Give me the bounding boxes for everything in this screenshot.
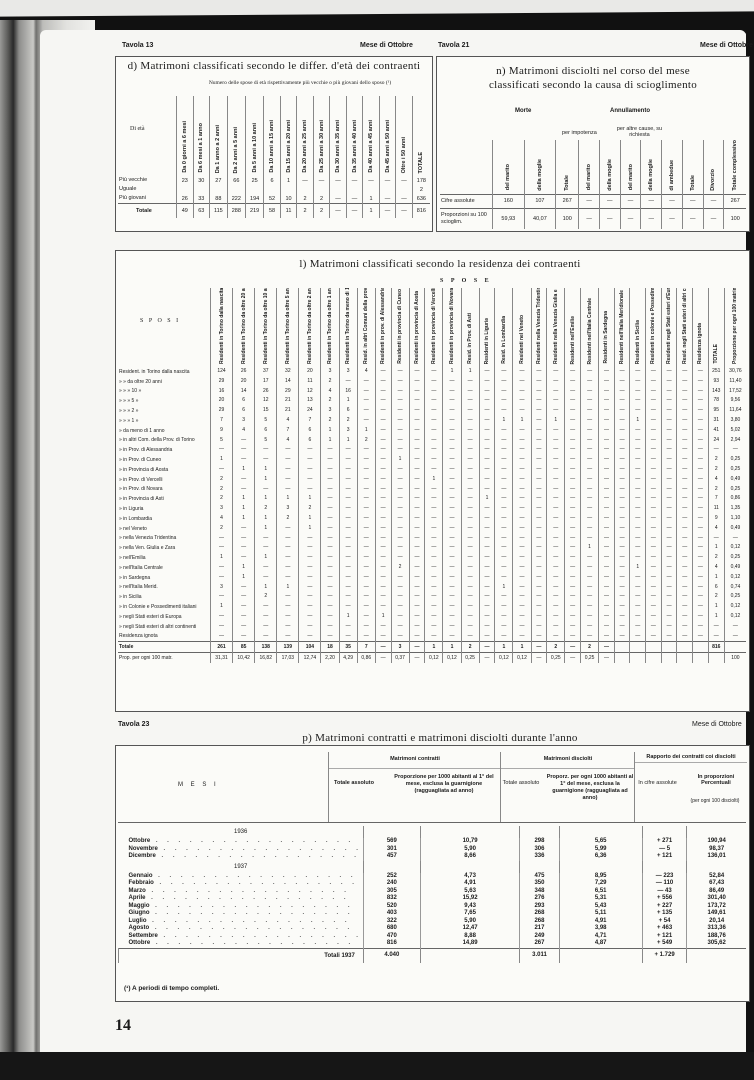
row-label: » in Prov. di Novara (118, 485, 211, 495)
table-cell: — (375, 485, 391, 495)
table-cell: 78 (708, 396, 724, 406)
table-row: » » » 1 »7354722————————11—1————1————313… (118, 416, 746, 426)
table-cell: — (443, 406, 461, 416)
table-cell: — (443, 543, 461, 553)
table-cell: — (409, 563, 425, 573)
table-cell: — (614, 377, 630, 387)
table-cell: — (565, 494, 581, 504)
table-cell: — (630, 445, 646, 455)
table-cell: 2 (581, 642, 599, 653)
table-cell: — (531, 612, 547, 622)
table-cell: — (693, 583, 709, 593)
table-cell: — (641, 208, 662, 229)
table-cell: — (299, 455, 321, 465)
table-row: » nella Ven. Giulia e Zara——————————————… (118, 543, 746, 553)
table-cell: — (357, 377, 375, 387)
leader-dots: . . . . . . . . . . . . . . . . . . (150, 910, 354, 916)
table-cell: 138 (255, 642, 277, 653)
table-d-col-header: Da 2 anni a 5 anni (227, 96, 245, 176)
row-label: » » » 1 » (118, 416, 211, 426)
table-cell: — (443, 514, 461, 524)
leader-dots: . . . . . . . . . . . . . . . . . . (146, 895, 350, 901)
table-cell: 31 (708, 416, 724, 426)
table-cell: 0,25 (724, 485, 746, 495)
table-cell: — (479, 514, 495, 524)
table-cell: — (693, 445, 709, 455)
table-cell: 1 (255, 553, 277, 563)
table-cell-pd: 5,43 (559, 903, 642, 911)
table-cell: — (677, 632, 693, 642)
table-row: » nell'Italia Centrale—1———————2————————… (118, 563, 746, 573)
leader-dots: . . . . . . . . . . . . . . . . . . (150, 940, 354, 946)
table-cell: — (409, 465, 425, 475)
table-cell: — (357, 563, 375, 573)
empty-cell (687, 948, 746, 963)
table-row: Proporzioni su 100 scioglim.59,9340,0710… (440, 208, 746, 229)
table-l-col-label: Residenti nell'Italia Centrale (586, 298, 594, 365)
table-cell: 3,80 (724, 416, 746, 426)
table-cell: — (357, 592, 375, 602)
table-cell-pd: 5,65 (559, 838, 642, 846)
table-cell: — (339, 465, 357, 475)
table-cell: — (614, 445, 630, 455)
table-cell (346, 185, 363, 194)
table-cell: — (391, 396, 409, 406)
totals-rc: + 1.729 (642, 948, 687, 963)
row-label: » negli Stati esteri di altri continenti (118, 622, 211, 632)
table-cell: — (211, 573, 233, 583)
table-cell: 0,25 (724, 455, 746, 465)
table-cell: — (646, 475, 662, 485)
row-label: » » » 2 » (118, 406, 211, 416)
table-cell: — (581, 583, 599, 593)
table-cell: 3 (211, 583, 233, 593)
table-cell: — (661, 475, 677, 485)
table-cell: — (409, 612, 425, 622)
table-cell: — (565, 612, 581, 622)
row-label: » nell'Italia Centrale (118, 563, 211, 573)
leader-dots: . . . . . . . . . . . . . . . . . . (146, 888, 350, 894)
table-cell: — (321, 563, 339, 573)
table-cell: 0,74 (724, 583, 746, 593)
table-row: » » da oltre 20 anni29201714112—————————… (118, 377, 746, 387)
table-cell: 5 (255, 436, 277, 446)
table-cell-rc: + 121 (642, 853, 687, 861)
table-cell: — (299, 485, 321, 495)
table-cell: — (581, 632, 599, 642)
table-cell: — (255, 573, 277, 583)
table-cell: — (661, 367, 677, 377)
table-cell: — (409, 573, 425, 583)
table-cell: 66 (227, 176, 245, 185)
table-cell: 1 (339, 396, 357, 406)
table-cell: — (581, 573, 599, 583)
table-cell-rc: — 43 (642, 888, 687, 896)
table-cell: — (297, 176, 314, 185)
table-cell: — (425, 465, 443, 475)
table-cell: — (661, 563, 677, 573)
table-cell: 23 (177, 176, 194, 185)
table-cell: — (513, 543, 531, 553)
table-p-header: M E S I Matrimoni contratti Totale assol… (118, 752, 746, 823)
table-l-col-label: Resid. in altri Comuni della prov. di To… (362, 288, 370, 364)
table-cell: — (495, 612, 513, 622)
table-cell: — (599, 592, 615, 602)
table-cell (210, 185, 228, 194)
table-cell: — (599, 406, 615, 416)
table-l-col-header: Proporzione per ogni 100 matrimoni (724, 288, 746, 367)
table-cell: — (233, 543, 255, 553)
table-cell: — (391, 416, 409, 426)
table-cell: — (255, 534, 277, 544)
table-cell: — (443, 455, 461, 465)
table-cell: — (565, 387, 581, 397)
table-cell: — (614, 485, 630, 495)
table-cell: — (211, 563, 233, 573)
table-cell: — (479, 416, 495, 426)
table-row: » » » 5 »20612211321————————————————————… (118, 396, 746, 406)
table-cell (245, 185, 263, 194)
table-cell: — (495, 504, 513, 514)
row-label: Più vecchie (118, 176, 177, 185)
table-cell: — (565, 543, 581, 553)
table-row: Residenza ignota————————————————————————… (118, 632, 746, 642)
empty-cell (687, 861, 746, 873)
table-cell: — (531, 475, 547, 485)
table-cell: — (677, 563, 693, 573)
table-p-group-disciolti-cell: Matrimoni disciolti Totale assoluto Prop… (500, 752, 635, 822)
table-cell: — (513, 612, 531, 622)
table-cell: — (375, 445, 391, 455)
table-cell: — (547, 583, 565, 593)
table-cell: — (531, 632, 547, 642)
row-label: Totale (118, 204, 177, 219)
table-cell: — (646, 455, 662, 465)
table-cell: 29 (211, 377, 233, 387)
table-row: » nella Venezia Tridentina——————————————… (118, 534, 746, 544)
table-cell: — (330, 194, 347, 204)
table-cell: 14 (233, 387, 255, 397)
table-cell: — (708, 534, 724, 544)
table-cell: 63 (193, 204, 210, 219)
table-cell: — (409, 426, 425, 436)
month-label: Maggio . . . . . . . . . . . . . . . . .… (119, 903, 364, 911)
table-cell (693, 642, 709, 653)
table-cell: — (677, 377, 693, 387)
table-n-group-morte: Morte (515, 108, 531, 114)
table-cell: — (277, 524, 299, 534)
table-cell: — (391, 485, 409, 495)
table-cell: — (461, 553, 479, 563)
table-cell: 59,93 (493, 208, 525, 229)
empty-cell (559, 861, 642, 873)
table-l-col-label: Residenti in colonie e Possedimenti ital… (649, 288, 657, 364)
table-cell: — (547, 553, 565, 563)
table-cell: 0,12 (724, 612, 746, 622)
table-cell: — (277, 612, 299, 622)
table-l-col-header: Residenti in Torino da oltre 10 anni (255, 288, 277, 367)
table-cell: — (425, 387, 443, 397)
table-cell: 267 (556, 194, 579, 208)
table-cell: — (599, 504, 615, 514)
table-cell: — (495, 602, 513, 612)
table-cell: — (479, 377, 495, 387)
table-cell-td: 348 (520, 888, 559, 896)
table-cell: 7 (299, 416, 321, 426)
table-n-group-annullamento: Annullamento (610, 108, 650, 114)
table-cell: — (443, 426, 461, 436)
table-cell: 0,49 (724, 524, 746, 534)
table-cell: — (662, 194, 683, 208)
year-label: 1936 (119, 826, 364, 838)
month-name: Luglio (129, 918, 147, 924)
table-cell: — (321, 475, 339, 485)
table-cell: — (693, 436, 709, 446)
table-cell-rc: — 5 (642, 846, 687, 854)
table-d-col-label: Da 35 anni a 40 anni (351, 120, 359, 173)
table-row: Dicembre . . . . . . . . . . . . . . . .… (119, 853, 747, 861)
table-row: Settembre . . . . . . . . . . . . . . . … (119, 933, 747, 941)
table-cell: — (425, 553, 443, 563)
table-cell: 0,12 (513, 653, 531, 664)
table-n-col-label: del marito (585, 164, 593, 190)
table-cell: — (630, 406, 646, 416)
table-cell: — (693, 406, 709, 416)
table-cell: 2,94 (724, 436, 746, 446)
table-cell: — (531, 485, 547, 495)
table-n-col-header: del marito (579, 140, 600, 194)
empty-cell (420, 826, 520, 838)
table-cell-tc: 832 (363, 895, 420, 903)
row-label: » nell'Emilia (118, 553, 211, 563)
leader-dots: . . . . . . . . . . . . . . . . . . (149, 925, 353, 931)
table-cell: — (614, 524, 630, 534)
table-cell: — (461, 592, 479, 602)
table-cell: 2 (313, 204, 330, 219)
table-cell: — (565, 553, 581, 563)
table-cell: — (703, 194, 724, 208)
table-cell: — (409, 455, 425, 465)
table-d-col-header: Da 5 anni a 10 anni (245, 96, 263, 176)
table-cell: 17 (255, 377, 277, 387)
table-cell: 2 (277, 514, 299, 524)
table-cell: — (346, 204, 363, 219)
row-label: » negli Stati esteri di Europa (118, 612, 211, 622)
table-cell: — (479, 426, 495, 436)
table-cell-rp: 52,84 (687, 873, 746, 881)
table-cell-rc: + 271 (642, 838, 687, 846)
table-cell: — (630, 612, 646, 622)
table-cell: — (357, 573, 375, 583)
table-cell: — (233, 534, 255, 544)
table-cell: — (630, 396, 646, 406)
empty-cell (559, 948, 642, 963)
table-cell: 29 (277, 387, 299, 397)
table-cell: — (646, 563, 662, 573)
table-cell: — (614, 406, 630, 416)
table-cell: — (581, 367, 599, 377)
table-cell: — (531, 426, 547, 436)
empty-cell (363, 826, 420, 838)
table-cell: — (357, 465, 375, 475)
table-cell: — (409, 406, 425, 416)
table-cell: — (233, 475, 255, 485)
table-cell: — (391, 475, 409, 485)
table-cell: 25 (245, 176, 263, 185)
table-cell: — (321, 573, 339, 583)
table-cell: — (277, 445, 299, 455)
table-cell: — (255, 455, 277, 465)
table-cell: 1 (233, 573, 255, 583)
table-l-col-label: Residenza ignota (696, 323, 704, 364)
table-cell: — (630, 524, 646, 534)
table-cell-tc: 520 (363, 903, 420, 911)
table-l-col-label: Residenti nel Veneto (518, 315, 526, 364)
table-cell: — (357, 455, 375, 465)
table-cell: 2 (255, 592, 277, 602)
table-cell: — (321, 504, 339, 514)
table-cell: 6 (233, 406, 255, 416)
table-cell: — (677, 445, 693, 455)
table-cell: 222 (227, 194, 245, 204)
table-cell: — (495, 465, 513, 475)
table-cell: — (409, 514, 425, 524)
table-cell: 4 (708, 563, 724, 573)
table-cell: — (581, 436, 599, 446)
table-cell: 6 (339, 406, 357, 416)
table-cell: — (391, 387, 409, 397)
table-cell-pd: 4,87 (559, 940, 642, 948)
table-cell: — (277, 592, 299, 602)
table-cell: — (565, 514, 581, 524)
table-cell: 4 (211, 514, 233, 524)
table-cell: 5 (211, 436, 233, 446)
table-cell: 1 (425, 642, 443, 653)
table-cell: 24 (708, 436, 724, 446)
table-cell: 2 (708, 485, 724, 495)
table-cell: — (233, 485, 255, 495)
table-row: » in Provincia di Aosta—11——————————————… (118, 465, 746, 475)
table-cell (614, 642, 630, 653)
table-cell: 7 (277, 426, 299, 436)
table-cell-pc: 14,89 (420, 940, 520, 948)
month-label: Dicembre . . . . . . . . . . . . . . . .… (119, 853, 364, 861)
table-l-title: l) Matrimoni classificati secondo la res… (230, 258, 650, 270)
table-cell: — (581, 377, 599, 387)
table-l-col-label: Residenti in prov. di Alessandria (379, 288, 387, 364)
table-cell: — (277, 563, 299, 573)
table-cell: 0,25 (724, 465, 746, 475)
table-cell: 20 (233, 377, 255, 387)
table-cell: — (391, 524, 409, 534)
row-label: Uguale (118, 185, 177, 194)
table-cell: — (581, 563, 599, 573)
table-cell: — (661, 494, 677, 504)
table-cell: 107 (524, 194, 556, 208)
table-p: 1936Ottobre . . . . . . . . . . . . . . … (118, 826, 746, 963)
table-cell: 1 (547, 416, 565, 426)
table-cell: — (646, 524, 662, 534)
row-label: » in Sardegna (118, 573, 211, 583)
table-cell-pc: 8,88 (420, 933, 520, 941)
table-cell: 0,25 (724, 592, 746, 602)
table-cell: — (547, 632, 565, 642)
table-cell: — (614, 455, 630, 465)
table-cell: — (513, 406, 531, 416)
table-l-col-header: Residenti nel Veneto (513, 288, 531, 367)
table-cell: 2 (461, 642, 479, 653)
table-row: Gennaio . . . . . . . . . . . . . . . . … (119, 873, 747, 881)
table-cell: 4 (277, 436, 299, 446)
table-cell: — (677, 573, 693, 583)
table-l-col-label: Resid. in Prov. di Asti (466, 313, 474, 364)
table-cell: — (443, 416, 461, 426)
table-cell (630, 653, 646, 664)
table-cell: 124 (211, 367, 233, 377)
table-cell: — (547, 367, 565, 377)
table-cell: 10 (280, 194, 297, 204)
table-cell-pc: 7,65 (420, 910, 520, 918)
table-cell: — (599, 377, 615, 387)
table-cell: — (531, 592, 547, 602)
table-cell: 30 (193, 176, 210, 185)
table-cell: — (375, 632, 391, 642)
table-cell: — (255, 485, 277, 495)
table-cell: — (565, 632, 581, 642)
month-name: Dicembre (129, 853, 156, 859)
table-cell: — (599, 436, 615, 446)
table-cell: — (531, 514, 547, 524)
table-cell: 0,12 (724, 543, 746, 553)
table-cell: — (409, 583, 425, 593)
table-cell: 1 (299, 524, 321, 534)
table-cell: 2 (211, 485, 233, 495)
table-l-col-header: Residenti negli Stati esteri d'Europa (661, 288, 677, 367)
table-cell: 40,07 (524, 208, 556, 229)
table-cell: 3 (211, 504, 233, 514)
table-cell: — (357, 396, 375, 406)
table-cell: — (565, 485, 581, 495)
table-cell: — (565, 367, 581, 377)
table-cell: — (233, 524, 255, 534)
table-cell: — (339, 583, 357, 593)
table-cell: — (581, 534, 599, 544)
table-cell-pc: 9,43 (420, 903, 520, 911)
table-cell-pc: 5,63 (420, 888, 520, 896)
table-n-col-label: della moglie (536, 159, 544, 191)
table-cell: — (599, 553, 615, 563)
table-cell: 1 (255, 583, 277, 593)
table-cell: 1 (443, 642, 461, 653)
table-cell: — (233, 602, 255, 612)
table-cell: — (646, 583, 662, 593)
table-cell: — (677, 514, 693, 524)
table-cell: — (277, 602, 299, 612)
table-cell: — (461, 426, 479, 436)
table-cell: 0,49 (724, 475, 746, 485)
table-d-col-label: Da 40 anni a 45 anni (367, 120, 375, 173)
month-label: Gennaio . . . . . . . . . . . . . . . . … (119, 873, 364, 881)
table-d-col-label: Da 2 anni a 5 anni (232, 127, 240, 173)
table-cell: — (391, 543, 409, 553)
table-cell: — (255, 632, 277, 642)
table-cell: — (677, 534, 693, 544)
table-cell-pd: 4,91 (559, 918, 642, 926)
table-cell: — (599, 416, 615, 426)
table-cell: — (479, 573, 495, 583)
table-cell: 1 (255, 524, 277, 534)
table-cell: — (513, 494, 531, 504)
